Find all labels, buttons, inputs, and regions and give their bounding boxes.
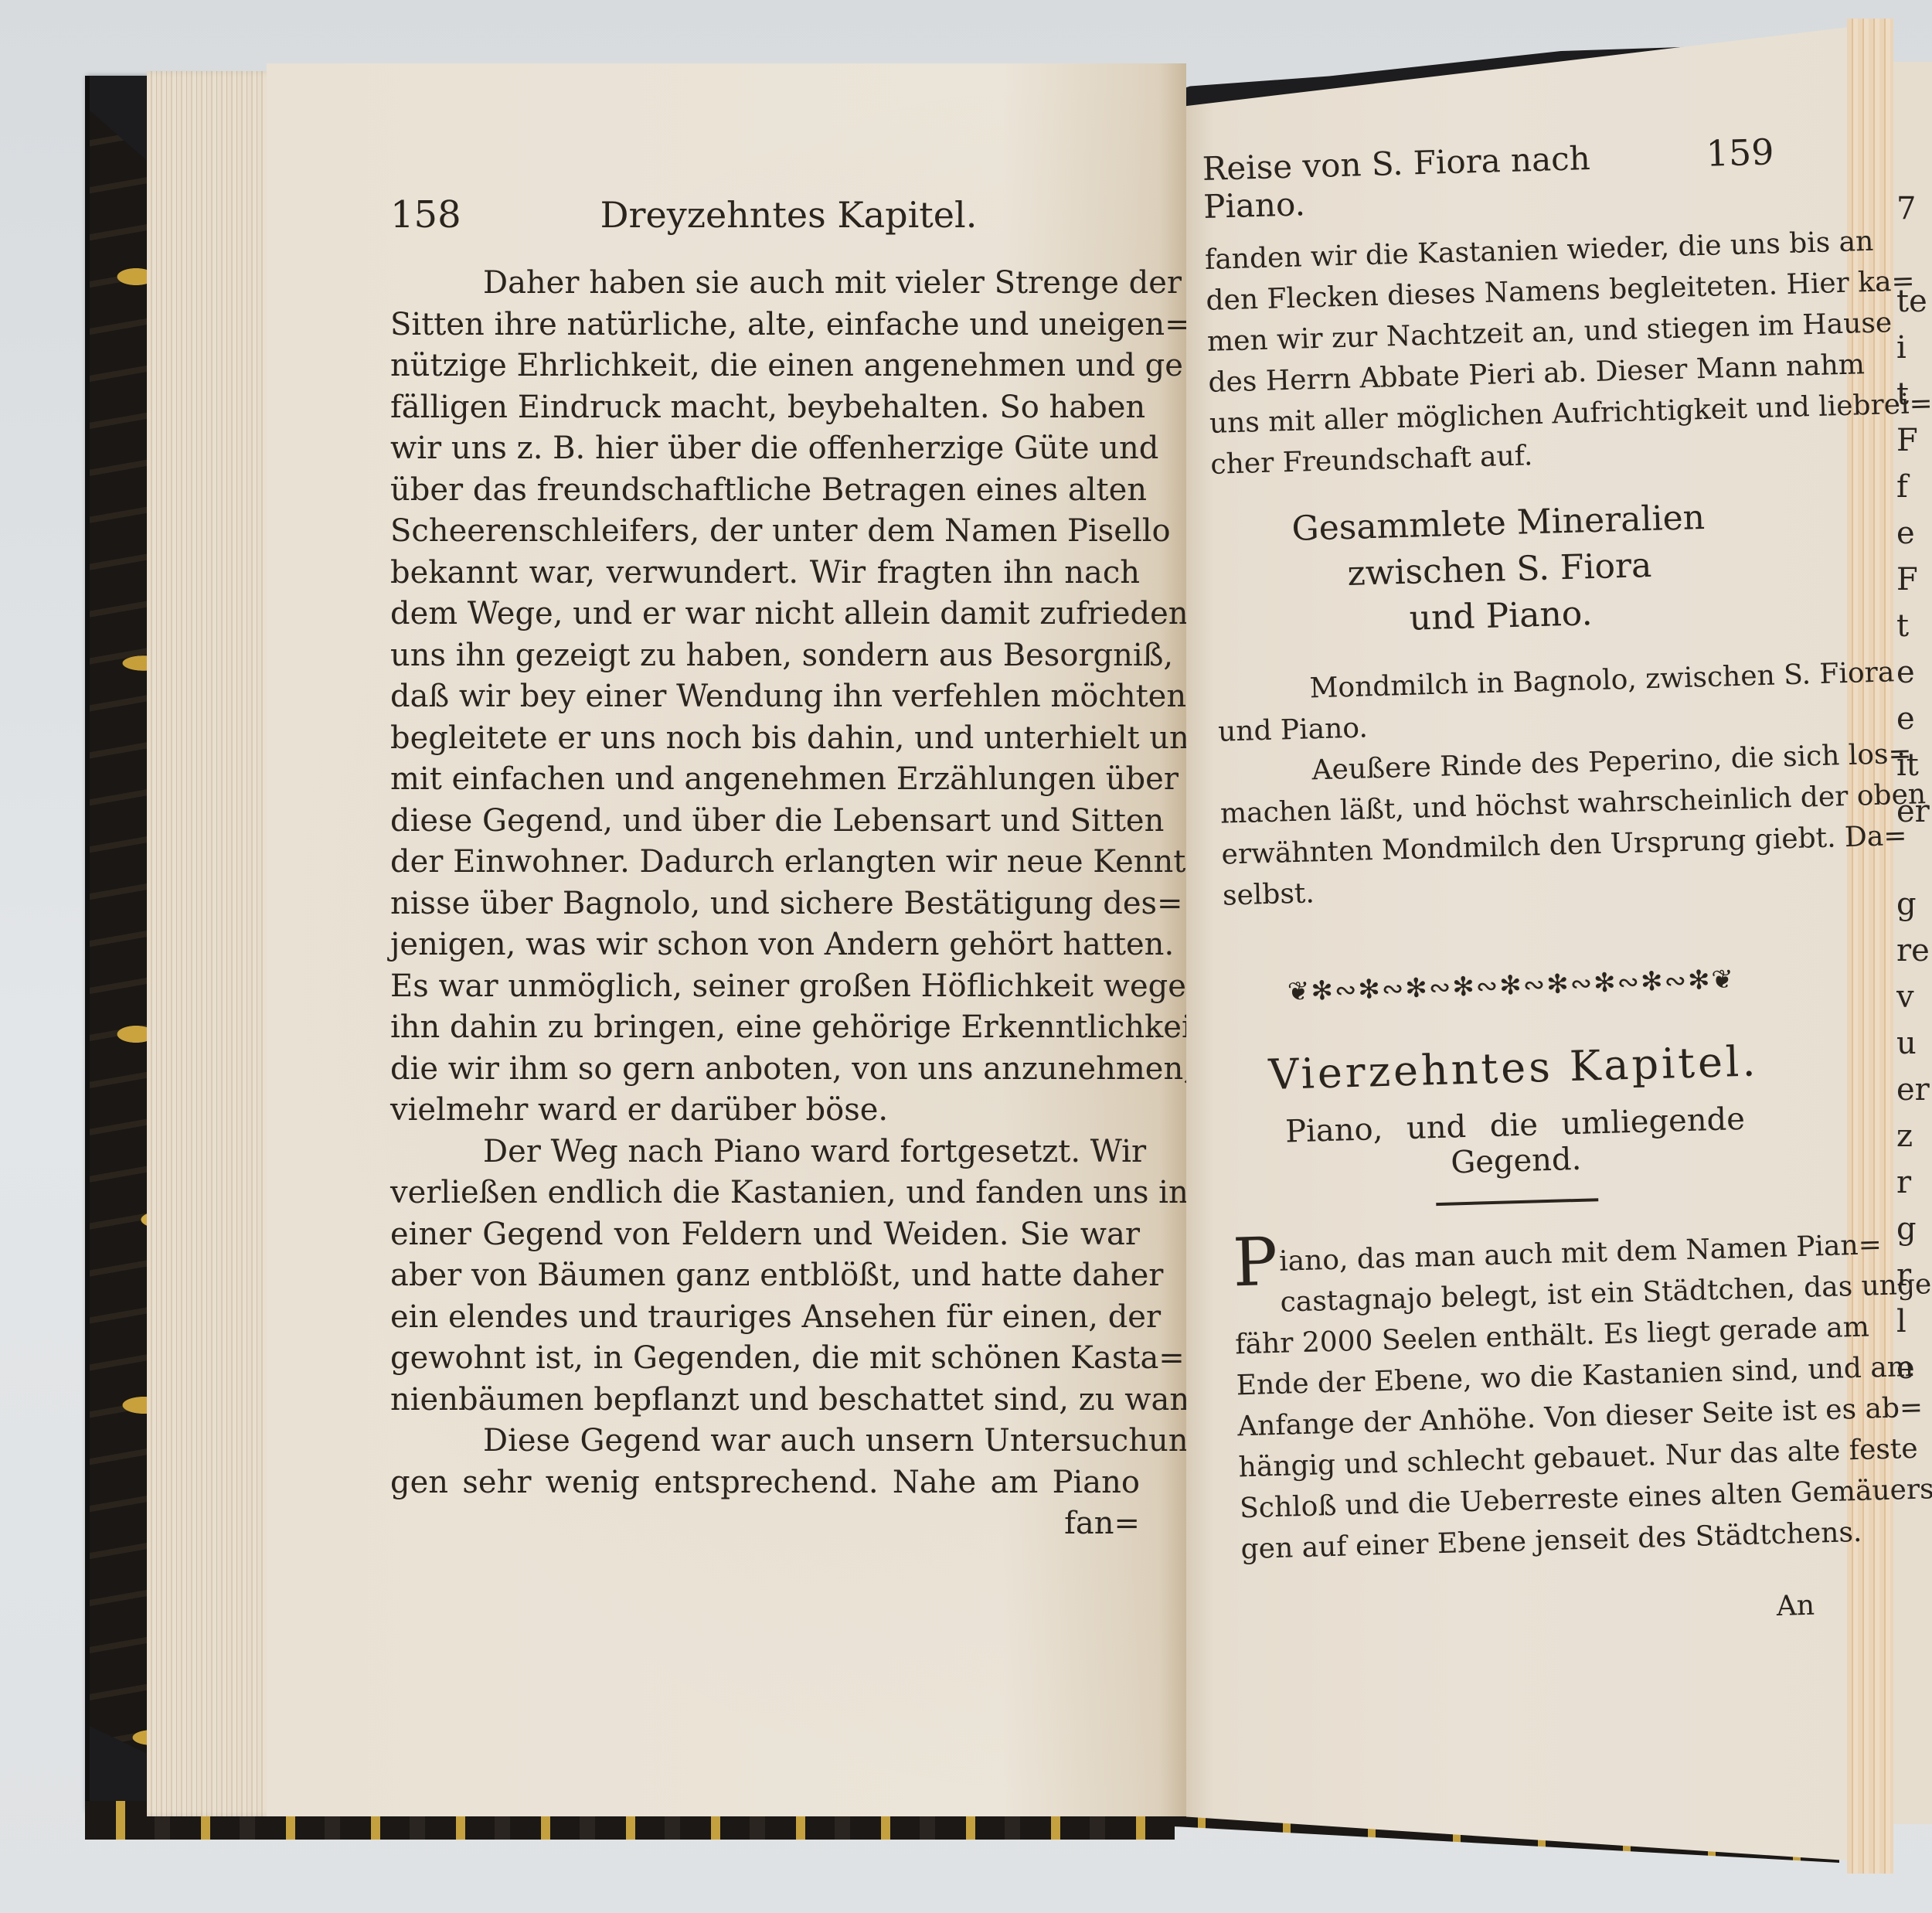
running-head: Dreyzehntes Kapitel.: [600, 194, 978, 236]
page-number: 159: [1706, 131, 1774, 174]
text-line: wir uns z. B. hier über die offenherzige…: [390, 428, 1140, 470]
text-line: gewohnt ist, in Gegenden, die mit schöne…: [390, 1338, 1140, 1380]
left-page-body: Daher haben sie auch mit vieler Strenge …: [390, 263, 1140, 1503]
text-line: gen sehr wenig entsprechend. Nahe am Pia…: [390, 1462, 1140, 1504]
text-line: fälligen Eindruck macht, beybehalten. So…: [390, 387, 1140, 429]
text-line: jenigen, was wir schon von Andern gehört…: [390, 924, 1140, 966]
text-line: nützige Ehrlichkeit, die einen angenehme…: [390, 345, 1140, 387]
minerals-list: Mondmilch in Bagnolo, zwischen S. Fiorau…: [1216, 655, 1795, 917]
right-page-intro: fanden wir die Kastanien wieder, die uns…: [1204, 223, 1783, 485]
drop-cap: P: [1232, 1235, 1278, 1291]
left-page-header: 158 Dreyzehntes Kapitel.: [390, 193, 1140, 263]
text-line: Diese Gegend war auch unsern Untersuchun…: [390, 1421, 1140, 1462]
text-line: begleitete er uns noch bis dahin, und un…: [390, 718, 1140, 760]
text-line: Der Weg nach Piano ward fortgesetzt. Wir: [390, 1132, 1140, 1173]
text-line: daß wir bey einer Wendung ihn verfehlen …: [390, 676, 1140, 718]
text-line: bekannt war, verwundert. Wir fragten ihn…: [390, 553, 1140, 594]
text-line: die wir ihm so gern anboten, von uns anz…: [390, 1049, 1140, 1091]
text-line: Daher haben sie auch mit vieler Strenge …: [390, 263, 1140, 305]
left-page-block-edges: [147, 71, 278, 1816]
text-line: dem Wege, und er war nicht allein damit …: [390, 594, 1140, 635]
text-line: ihn dahin zu bringen, eine gehörige Erke…: [390, 1007, 1140, 1049]
chapter-body: P iano, das man auch mit dem Namen Pian=…: [1233, 1227, 1814, 1570]
text-line: diese Gegend, und über die Lebensart und…: [390, 801, 1140, 842]
text-line: nienbäumen bepflanzt und beschattet sind…: [390, 1380, 1140, 1421]
text-line: uns ihn gezeigt zu haben, sondern aus Be…: [390, 635, 1140, 677]
section-heading-line: Gesammlete Mineralien zwischen S. Fiora: [1212, 492, 1786, 601]
text-line: Scheerenschleifers, der unter dem Namen …: [390, 511, 1140, 553]
text-line: einer Gegend von Feldern und Weiden. Sie…: [390, 1214, 1140, 1256]
catchword: fan=: [390, 1503, 1140, 1545]
left-page-text: 158 Dreyzehntes Kapitel. Daher haben sie…: [390, 193, 1140, 1545]
right-page-text: Reise von S. Fiora nach Piano. 159 fande…: [1202, 131, 1815, 1642]
text-line: verließen endlich die Kastanien, und fan…: [390, 1173, 1140, 1214]
running-head: Reise von S. Fiora nach Piano.: [1202, 138, 1654, 226]
section-heading: Gesammlete Mineralien zwischen S. Fiora …: [1212, 492, 1787, 648]
text-line: nisse über Bagnolo, und sichere Bestätig…: [390, 883, 1140, 925]
text-line: Sitten ihre natürliche, alte, einfache u…: [390, 305, 1140, 346]
text-line: mit einfachen und angenehmen Erzählungen…: [390, 759, 1140, 801]
page-number: 158: [390, 193, 461, 237]
next-page-sliver: 7 te i t F f e F t e e it er g re v u er…: [1893, 62, 1932, 1824]
chapter-rule: [1436, 1198, 1598, 1206]
chapter-subtitle: Piano, und die umliegende Gegend.: [1229, 1100, 1802, 1187]
text-line: ein elendes und trauriges Ansehen für ei…: [390, 1297, 1140, 1339]
text-line: vielmehr ward er darüber böse.: [390, 1090, 1140, 1132]
text-line: aber von Bäumen ganz entblößt, und hatte…: [390, 1255, 1140, 1297]
text-line: Es war unmöglich, seiner großen Höflichk…: [390, 966, 1140, 1008]
chapter-lines: iano, das man auch mit dem Namen Pian=ca…: [1233, 1227, 1814, 1570]
chapter-title: Vierzehntes Kapitel.: [1227, 1036, 1800, 1101]
ornamental-divider: ❦✻∾✻∾✻∾✻∾✻∾✻∾✻∾✻∾✻❦: [1225, 962, 1798, 1009]
text-line: über das freundschaftliche Betragen eine…: [390, 470, 1140, 512]
text-line: der Einwohner. Dadurch erlangten wir neu…: [390, 842, 1140, 883]
right-page-header: Reise von S. Fiora nach Piano. 159: [1202, 131, 1776, 240]
